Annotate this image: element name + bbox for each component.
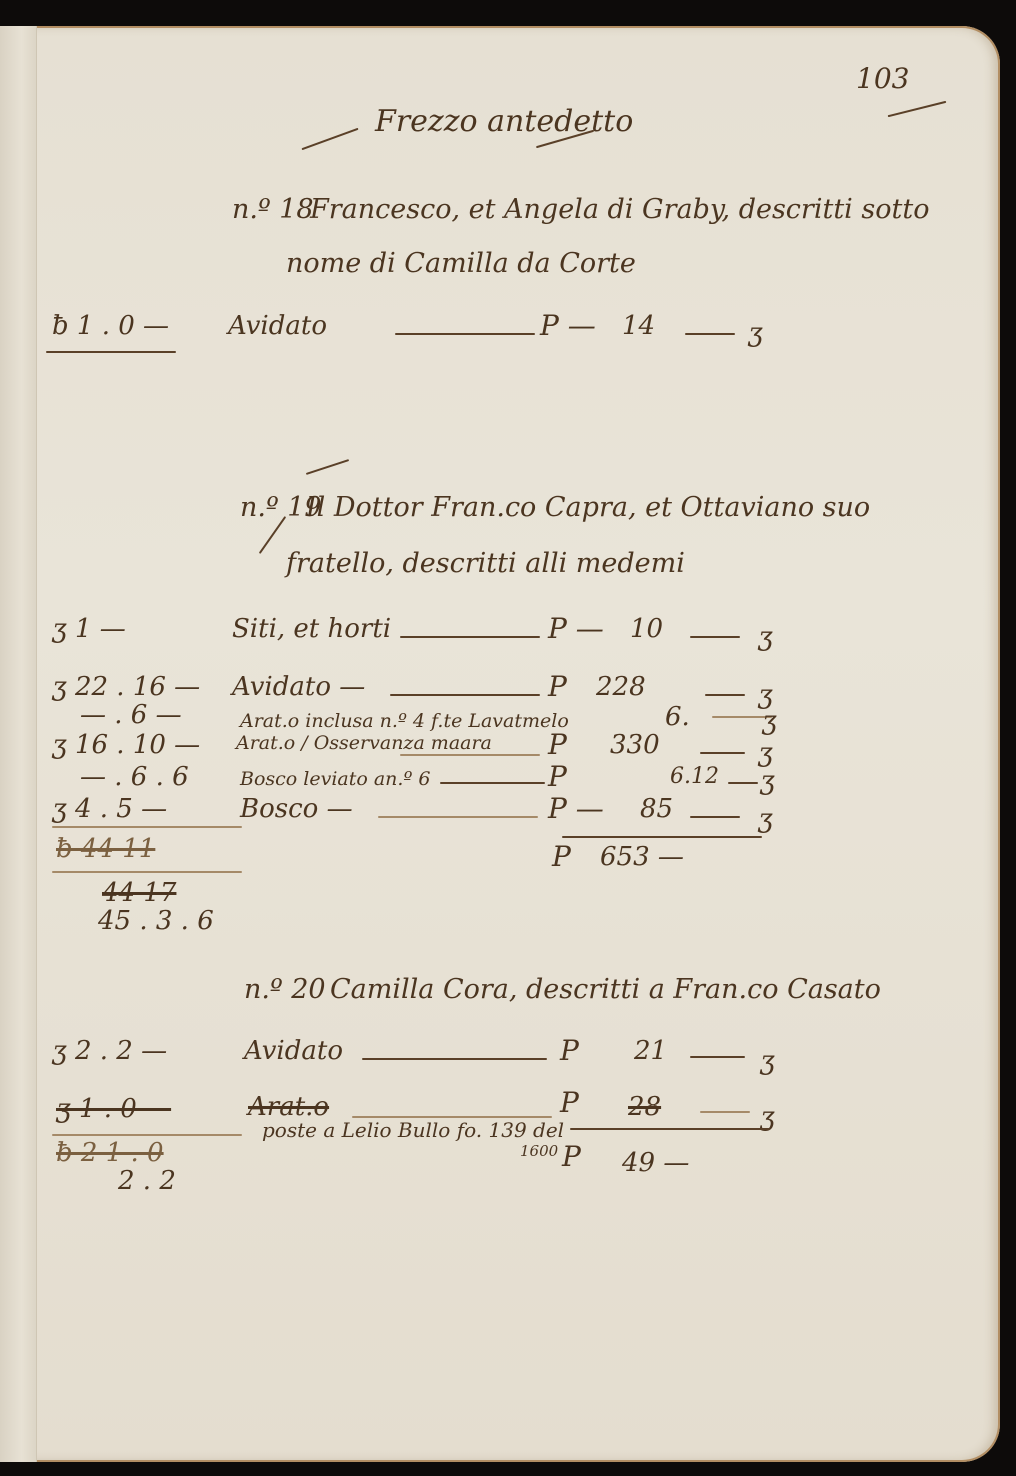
entry-19-row4-dash (700, 752, 745, 754)
entry-19-left-subtotal-struck-2: 44 17 (102, 878, 176, 908)
entry-19-row4-leader (400, 754, 540, 756)
entry-19-line1: Il Dottor Fran.co Capra, et Ottaviano su… (306, 492, 870, 523)
entry-20-row1-amount: 21 (634, 1036, 667, 1066)
binding-gutter (0, 26, 37, 1462)
entry-19-row6-leader (378, 816, 538, 818)
entry-19-row2-item: Avidato — (232, 672, 365, 702)
entry-19-total-amount: 653 — (600, 842, 684, 872)
entry-19-row5-amount: 6.12 (670, 764, 719, 789)
entry-19-row4-left: ʒ 16 . 10 — (52, 730, 200, 760)
entry-20-row1-leader (362, 1058, 547, 1060)
entry-20-row1-mark: ʒ (760, 1046, 775, 1076)
entry-20-note: poste a Lelio Bullo fo. 139 del (262, 1118, 564, 1142)
entry-19-row2-amount: 228 (596, 672, 646, 702)
entry-19-row4-p: P (548, 728, 567, 761)
entry-20-line1: Camilla Cora, descritti a Fran.co Casato (330, 974, 881, 1005)
entry-19-row5-mark: ʒ (760, 766, 775, 796)
entry-19-row6-dash (690, 816, 740, 818)
entry-19-row6-p: P — (548, 792, 604, 825)
entry-19-row2-dash (705, 694, 745, 696)
entry-18-row-amount: 14 (622, 311, 655, 341)
entry-19-row1-leader (400, 636, 540, 638)
entry-20-total-rule (570, 1128, 770, 1130)
entry-20-row1-item: Avidato (244, 1036, 343, 1066)
page-heading: Frezzo antedetto (375, 104, 633, 139)
entry-18-row-mark: ʒ (748, 318, 763, 348)
entry-19-left-subtotal-struck: ƀ 44 11 (56, 834, 155, 864)
entry-20-left-rule (52, 1134, 242, 1136)
entry-19-row2-leader (390, 694, 540, 696)
entry-19-row2-left: ʒ 22 . 16 — (52, 672, 200, 702)
entry-18-number: n.º 18 (232, 194, 314, 225)
entry-19-row5-p: P (548, 760, 567, 793)
entry-18-row-left: ƀ 1 . 0 — (52, 311, 169, 341)
entry-20-row1-left: ʒ 2 . 2 — (52, 1036, 167, 1066)
entry-20-row1-dash (690, 1056, 745, 1058)
entry-20-left-subtotal-struck: ƀ 2 1 . 0 (56, 1138, 164, 1168)
entry-19-total-rule (562, 836, 762, 838)
entry-19-row1-p: P — (548, 612, 604, 645)
entry-19-row5-item: Bosco leviato an.º 6 (240, 768, 431, 790)
entry-19-row2-p: P (548, 670, 567, 703)
entry-19-row1-mark: ʒ (758, 622, 773, 652)
entry-20-row2-dash (700, 1111, 750, 1113)
folio-number: 103 (856, 62, 909, 95)
entry-20-left-total: 2 . 2 (118, 1166, 176, 1196)
entry-18-row-leader (395, 333, 535, 335)
entry-20-note-year: 1600 (520, 1142, 558, 1160)
entry-20-total-p: P (562, 1140, 581, 1173)
entry-20-total-amount: 49 — (622, 1148, 689, 1178)
entry-19-left-rule-bottom (52, 871, 242, 873)
entry-19-row4-amount: 330 (610, 730, 660, 760)
entry-19-row6-amount: 85 (640, 794, 673, 824)
entry-19-total-p: P (552, 840, 571, 873)
entry-20-row1-p: P (560, 1034, 579, 1067)
entry-19-line2: fratello, descritti alli medemi (286, 548, 685, 579)
manuscript-page: 103 Frezzo antedetto n.º 18 Francesco, e… (0, 26, 1000, 1462)
entry-19-row4-mark: ʒ (758, 738, 773, 768)
entry-18-row-p: P — (540, 309, 596, 342)
entry-19-row6-left: ʒ 4 . 5 — (52, 794, 167, 824)
entry-19-row1-amount: 10 (630, 614, 663, 644)
entry-19-row5-left: — . 6 . 6 (80, 762, 189, 792)
entry-19-row5-dash (728, 782, 758, 784)
entry-18-row-dash (685, 333, 735, 335)
entry-19-row6-mark: ʒ (758, 804, 773, 834)
entry-19-row3-item: Arat.o inclusa n.º 4 f.te Lavatmelo (240, 710, 569, 732)
entry-20-row2-left: ʒ 1 . 0 — (56, 1094, 171, 1124)
entry-19-row3-left: — . 6 — (80, 700, 182, 730)
entry-19-row1-left: ʒ 1 — (52, 614, 126, 644)
entry-19-row3-amount: 6. (665, 702, 690, 732)
entry-19-row3-mark: ʒ (762, 706, 777, 736)
entry-19-left-rule-top (52, 826, 242, 828)
entry-18-row-item: Avidato (228, 311, 327, 341)
entry-20-row2-p: P (560, 1086, 579, 1119)
entry-19-row4-item: Arat.o / Osservanza maara (236, 732, 492, 754)
entry-19-row1-dash (690, 636, 740, 638)
entry-18-line2: nome di Camilla da Corte (286, 248, 636, 279)
entry-20-number: n.º 20 (244, 974, 326, 1005)
heading-flourish-left (301, 128, 358, 150)
entry-20-row2-amount: 28 (628, 1092, 661, 1122)
entry-19-left-total: 45 . 3 . 6 (98, 906, 214, 936)
folio-underline (888, 101, 947, 117)
entry-18-left-underline (46, 351, 176, 353)
entry-19-row1-item: Siti, et horti (232, 614, 391, 644)
entry-19-flourish (306, 459, 349, 475)
entry-19-row5-leader (440, 782, 545, 784)
entry-18-line1: Francesco, et Angela di Graby, descritti… (310, 194, 929, 225)
entry-19-row6-item: Bosco — (240, 794, 353, 824)
